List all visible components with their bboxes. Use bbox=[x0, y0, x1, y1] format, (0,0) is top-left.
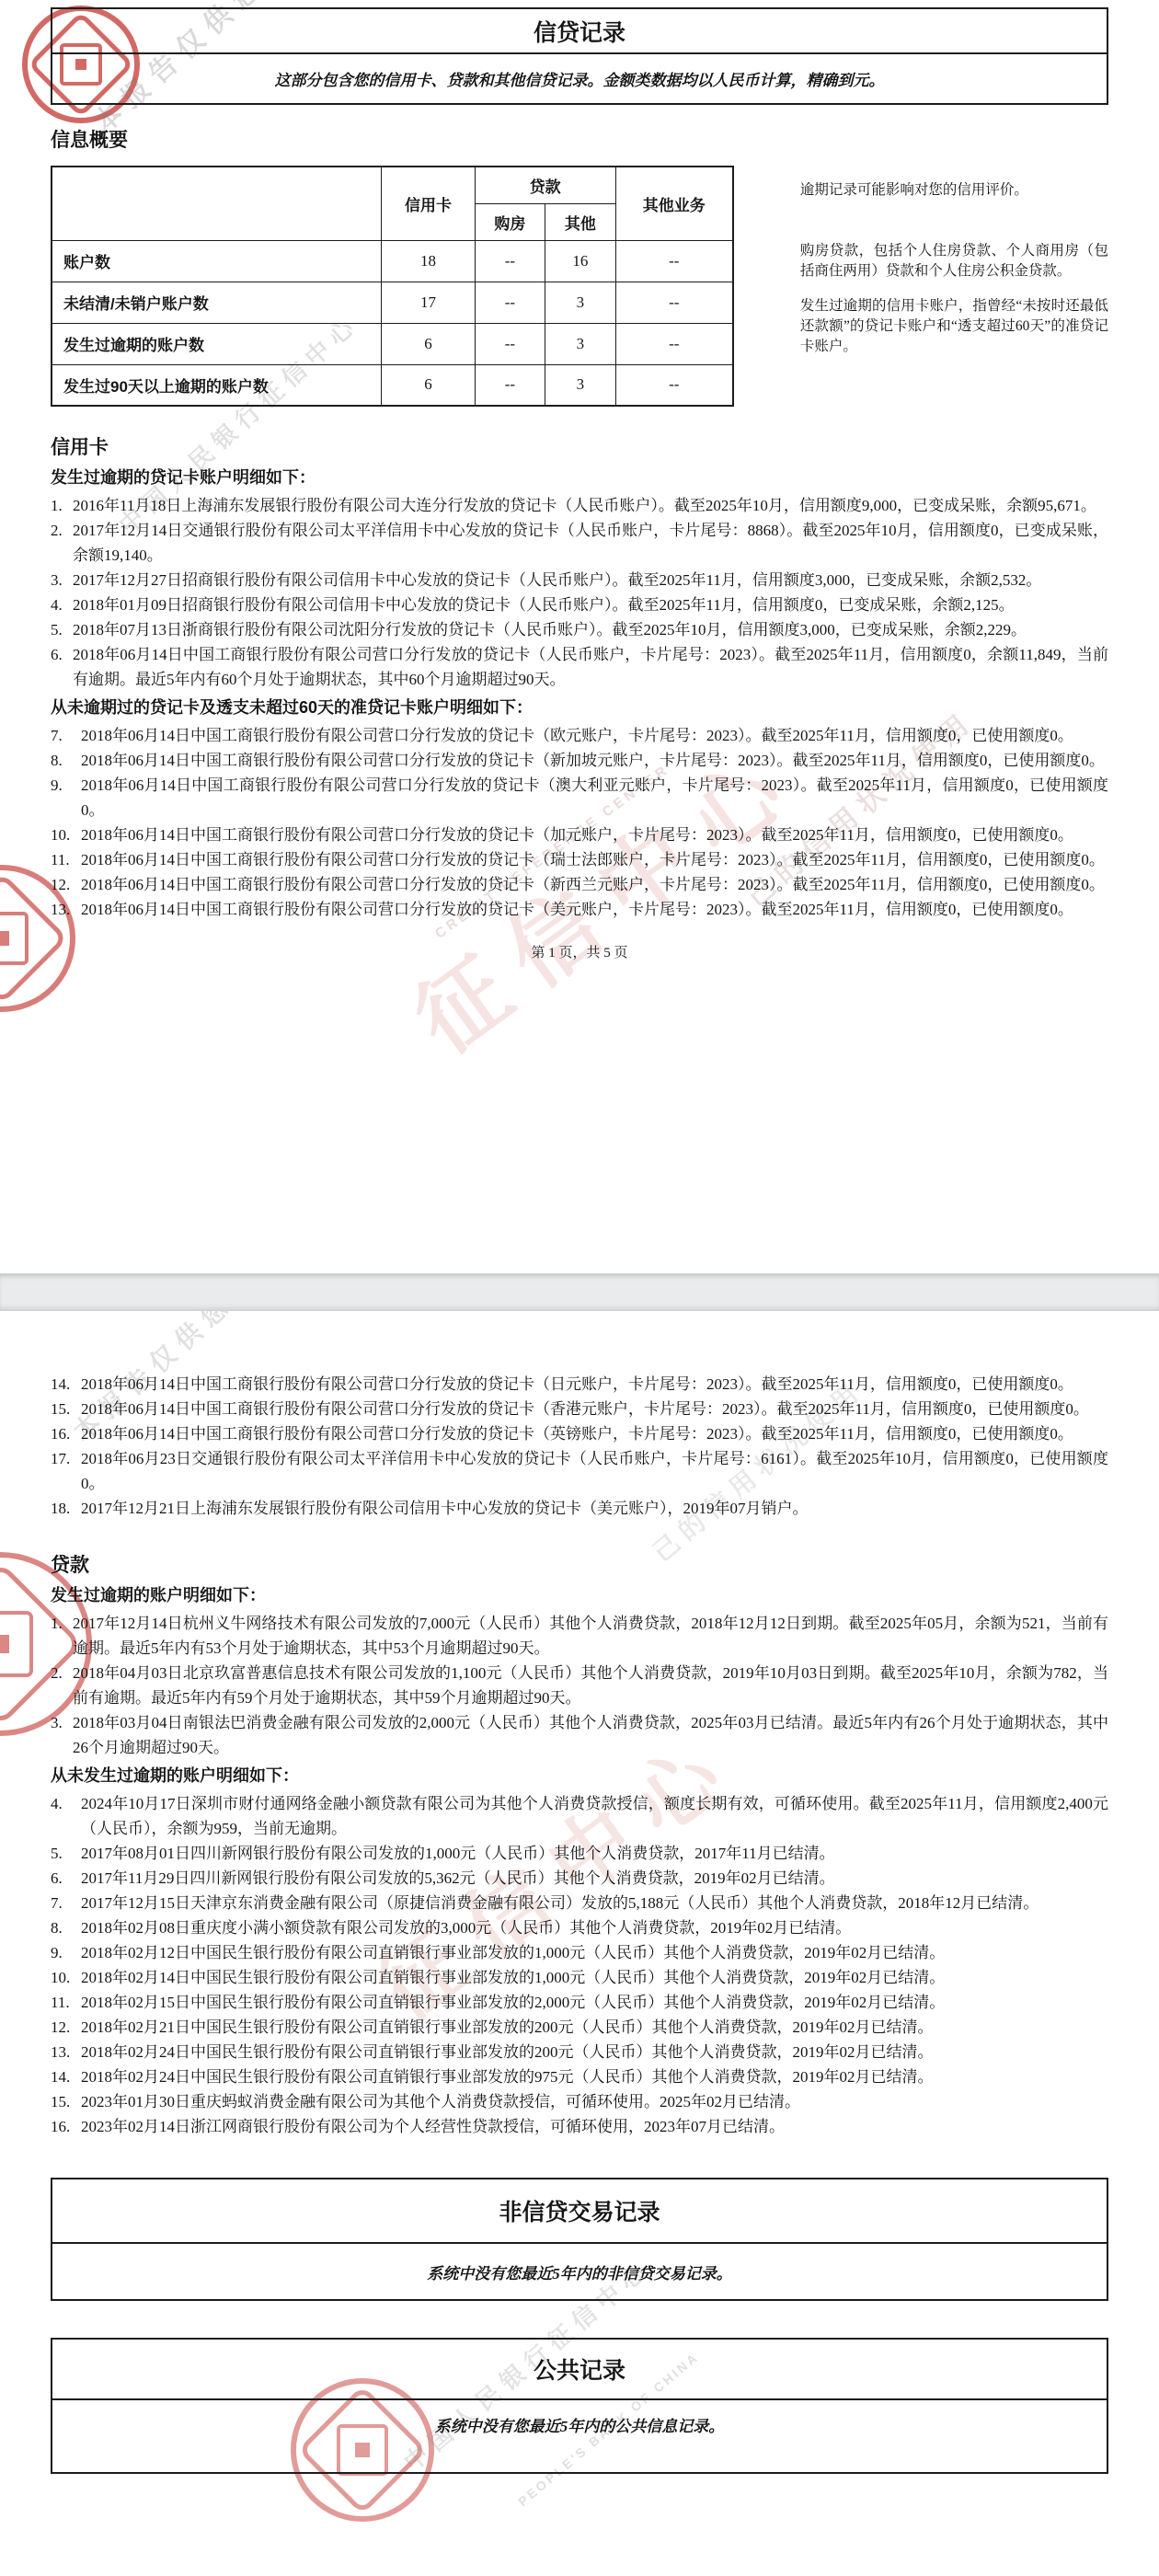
item-text: 2018年06月14日中国工商银行股份有限公司营口分行发放的贷记卡（香港元账户，… bbox=[81, 1397, 1108, 1421]
cell-value: -- bbox=[475, 323, 545, 364]
item-text: 2017年11月29日四川新网银行股份有限公司发放的5,362元（人民币）其他个… bbox=[81, 1866, 1108, 1891]
item-number: 3. bbox=[51, 1710, 73, 1760]
col-other-business: 其他业务 bbox=[615, 167, 733, 240]
list-item: 9.2018年06月14日中国工商银行股份有限公司营口分行发放的贷记卡（澳大利亚… bbox=[51, 773, 1108, 822]
list-item: 16.2018年06月14日中国工商银行股份有限公司营口分行发放的贷记卡（英镑账… bbox=[51, 1421, 1108, 1446]
list-item: 13.2018年06月14日中国工商银行股份有限公司营口分行发放的贷记卡（美元账… bbox=[51, 897, 1108, 922]
item-number: 9. bbox=[51, 773, 81, 822]
list-item: 9.2018年02月12日中国民生银行股份有限公司直销银行事业部发放的1,000… bbox=[51, 1940, 1108, 1965]
cell-value: -- bbox=[615, 323, 733, 364]
cell-value: 17 bbox=[382, 282, 475, 323]
item-number: 1. bbox=[51, 1611, 73, 1661]
public-records-body: 系统中没有您最近5年内的公共信息记录。 bbox=[52, 2398, 1107, 2472]
list-item: 15.2023年01月30日重庆蚂蚁消费金融有限公司为其他个人消费贷款授信，可循… bbox=[51, 2089, 1108, 2114]
item-text: 2018年06月14日中国工商银行股份有限公司营口分行发放的贷记卡（日元账户，卡… bbox=[81, 1372, 1108, 1397]
item-number: 13. bbox=[51, 2040, 81, 2064]
cell-value: 3 bbox=[545, 323, 616, 364]
section-public-records: 公共记录 系统中没有您最近5年内的公共信息记录。 bbox=[51, 2338, 1108, 2474]
report-page-1: 本报告仅供您了解自己的信用状况使用 中国人民银行征信中心 征信中心 CREDIT… bbox=[0, 0, 1159, 1273]
list-item: 6.2017年11月29日四川新网银行股份有限公司发放的5,362元（人民币）其… bbox=[51, 1866, 1108, 1891]
row-label: 未结清/未销户账户数 bbox=[52, 282, 382, 323]
item-text: 2018年06月14日中国工商银行股份有限公司营口分行发放的贷记卡（欧元账户，卡… bbox=[81, 723, 1108, 748]
list-item: 4.2018年01月09日招商银行股份有限公司信用卡中心发放的贷记卡（人民币账户… bbox=[51, 592, 1108, 617]
col-house-loan: 购房 bbox=[475, 203, 545, 240]
list-item: 2.2017年12月14日交通银行股份有限公司太平洋信用卡中心发放的贷记卡（人民… bbox=[51, 518, 1108, 568]
page-title: 信贷记录 bbox=[52, 9, 1107, 52]
item-text: 2018年06月14日中国工商银行股份有限公司营口分行发放的贷记卡（加元账户，卡… bbox=[81, 822, 1108, 847]
list-item: 10.2018年02月14日中国民生银行股份有限公司直销银行事业部发放的1,00… bbox=[51, 1965, 1108, 1990]
note-overdue-impact: 逾期记录可能影响对您的信用评价。 bbox=[800, 180, 1108, 201]
section-credit-record: 信贷记录 这部分包含您的信用卡、贷款和其他信贷记录。金额类数据均以人民币计算，精… bbox=[51, 7, 1108, 105]
summary-block: 信用卡 贷款 其他业务 购房 其他 账户数 18 -- 16 -- 未结清/未销… bbox=[51, 166, 1108, 407]
list-item: 7.2017年12月15日天津京东消费金融有限公司（原捷信消费金融有限公司）发放… bbox=[51, 1891, 1108, 1915]
list-item: 12.2018年02月21日中国民生银行股份有限公司直销银行事业部发放的200元… bbox=[51, 2015, 1108, 2040]
cc-overdue-subheading: 发生过逾期的贷记卡账户明细如下： bbox=[51, 464, 1108, 491]
item-number: 7. bbox=[51, 1891, 81, 1915]
item-text: 2018年02月08日重庆度小满小额贷款有限公司发放的3,000元（人民币）其他… bbox=[81, 1915, 1108, 1940]
list-item: 8.2018年02月08日重庆度小满小额贷款有限公司发放的3,000元（人民币）… bbox=[51, 1915, 1108, 1940]
page-footer: 第 1 页，共 5 页 bbox=[51, 942, 1108, 961]
list-item: 11.2018年02月15日中国民生银行股份有限公司直销银行事业部发放的2,00… bbox=[51, 1990, 1108, 2015]
row-label: 发生过逾期的账户数 bbox=[52, 323, 382, 364]
table-row: 未结清/未销户账户数 17 -- 3 -- bbox=[52, 282, 733, 323]
item-number: 8. bbox=[51, 1915, 81, 1940]
list-item: 7.2018年06月14日中国工商银行股份有限公司营口分行发放的贷记卡（欧元账户… bbox=[51, 723, 1108, 748]
item-text: 2018年06月14日中国工商银行股份有限公司营口分行发放的贷记卡（新西兰元账户… bbox=[81, 872, 1108, 897]
item-number: 4. bbox=[51, 592, 73, 617]
summary-heading: 信息概要 bbox=[51, 127, 1108, 155]
note-house-loan-def: 购房贷款，包括个人住房贷款、个人商用房（包括商住两用）贷款和个人住房公积金贷款。 bbox=[800, 241, 1108, 282]
col-credit-card: 信用卡 bbox=[382, 167, 475, 240]
item-text: 2018年02月12日中国民生银行股份有限公司直销银行事业部发放的1,000元（… bbox=[81, 1940, 1108, 1965]
cell-value: 6 bbox=[382, 323, 475, 364]
cell-value: 18 bbox=[382, 240, 475, 282]
cell-value: -- bbox=[475, 364, 545, 406]
list-item: 16.2023年02月14日浙江网商银行股份有限公司为个人经营性贷款授信，可循环… bbox=[51, 2114, 1108, 2139]
item-number: 14. bbox=[51, 1372, 81, 1397]
row-label: 发生过90天以上逾期的账户数 bbox=[52, 364, 382, 406]
cell-value: -- bbox=[475, 282, 545, 323]
section-non-credit-records: 非信贷交易记录 系统中没有您最近5年内的非信贷交易记录。 bbox=[51, 2178, 1108, 2301]
cc-clean-subheading: 从未逾期过的贷记卡及透支未超过60天的准贷记卡账户明细如下： bbox=[51, 694, 1108, 721]
item-number: 11. bbox=[51, 1990, 81, 2015]
item-number: 5. bbox=[51, 1841, 81, 1866]
credit-card-heading: 信用卡 bbox=[51, 434, 1108, 462]
cell-value: -- bbox=[475, 240, 545, 282]
list-item: 13.2018年02月24日中国民生银行股份有限公司直销银行事业部发放的200元… bbox=[51, 2040, 1108, 2064]
loan-overdue-subheading: 发生过逾期的账户明细如下： bbox=[51, 1581, 1108, 1609]
list-item: 12.2018年06月14日中国工商银行股份有限公司营口分行发放的贷记卡（新西兰… bbox=[51, 872, 1108, 897]
list-item: 14.2018年06月14日中国工商银行股份有限公司营口分行发放的贷记卡（日元账… bbox=[51, 1372, 1108, 1397]
item-text: 2018年02月15日中国民生银行股份有限公司直销银行事业部发放的2,000元（… bbox=[81, 1990, 1108, 2015]
list-item: 5.2018年07月13日浙商银行股份有限公司沈阳分行发放的贷记卡（人民币账户）… bbox=[51, 617, 1108, 642]
summary-corner-cell bbox=[52, 167, 382, 240]
list-item: 1.2017年12月14日杭州义牛网络技术有限公司发放的7,000元（人民币）其… bbox=[51, 1611, 1108, 1661]
item-number: 2. bbox=[51, 518, 73, 568]
col-loan-group: 贷款 bbox=[475, 167, 615, 203]
cell-value: 3 bbox=[545, 364, 616, 406]
list-item: 3.2018年03月04日南银法巴消费金融有限公司发放的2,000元（人民币）其… bbox=[51, 1710, 1108, 1760]
table-row: 账户数 18 -- 16 -- bbox=[52, 240, 733, 282]
report-page-2: 本报告仅供您了解自己的信用状况使用 征信中心 中国人民银行征信中心 PEOPLE… bbox=[0, 1311, 1159, 2576]
list-item: 15.2018年06月14日中国工商银行股份有限公司营口分行发放的贷记卡（香港元… bbox=[51, 1397, 1108, 1421]
item-text: 2023年02月14日浙江网商银行股份有限公司为个人经营性贷款授信，可循环使用，… bbox=[81, 2114, 1108, 2139]
cell-value: -- bbox=[615, 282, 733, 323]
page-separator bbox=[0, 1273, 1159, 1311]
cell-value: 3 bbox=[545, 282, 616, 323]
item-text: 2024年10月17日深圳市财付通网络金融小额贷款有限公司为其他个人消费贷款授信… bbox=[81, 1791, 1108, 1841]
item-number: 2. bbox=[51, 1661, 73, 1710]
item-text: 2018年01月09日招商银行股份有限公司信用卡中心发放的贷记卡（人民币账户）。… bbox=[73, 592, 1108, 617]
item-number: 14. bbox=[51, 2064, 81, 2089]
item-number: 15. bbox=[51, 2089, 81, 2114]
col-other-loan: 其他 bbox=[545, 203, 616, 240]
list-item: 4.2024年10月17日深圳市财付通网络金融小额贷款有限公司为其他个人消费贷款… bbox=[51, 1791, 1108, 1841]
item-text: 2016年11月18日上海浦东发展银行股份有限公司大连分行发放的贷记卡（人民币账… bbox=[73, 493, 1108, 518]
item-text: 2018年03月04日南银法巴消费金融有限公司发放的2,000元（人民币）其他个… bbox=[73, 1710, 1108, 1760]
cell-value: 16 bbox=[545, 240, 616, 282]
item-number: 4. bbox=[51, 1791, 81, 1841]
list-item: 18.2017年12月21日上海浦东发展银行股份有限公司信用卡中心发放的贷记卡（… bbox=[51, 1496, 1108, 1521]
table-row: 发生过逾期的账户数 6 -- 3 -- bbox=[52, 323, 733, 364]
credit-report-document: { "header": { "title": "信贷记录", "subtitle… bbox=[0, 0, 1159, 2576]
public-records-title: 公共记录 bbox=[52, 2340, 1107, 2398]
summary-table: 信用卡 贷款 其他业务 购房 其他 账户数 18 -- 16 -- 未结清/未销… bbox=[51, 166, 734, 407]
non-credit-title: 非信贷交易记录 bbox=[52, 2179, 1107, 2242]
item-text: 2018年02月14日中国民生银行股份有限公司直销银行事业部发放的1,000元（… bbox=[81, 1965, 1108, 1990]
item-number: 7. bbox=[51, 723, 81, 748]
non-credit-body: 系统中没有您最近5年内的非信贷交易记录。 bbox=[52, 2242, 1107, 2299]
item-text: 2018年06月14日中国工商银行股份有限公司营口分行发放的贷记卡（澳大利亚元账… bbox=[81, 773, 1108, 822]
item-text: 2017年12月27日招商银行股份有限公司信用卡中心发放的贷记卡（人民币账户）。… bbox=[73, 568, 1108, 592]
item-text: 2018年06月14日中国工商银行股份有限公司营口分行发放的贷记卡（瑞士法郎账户… bbox=[81, 847, 1108, 872]
item-number: 9. bbox=[51, 1940, 81, 1965]
item-text: 2017年12月15日天津京东消费金融有限公司（原捷信消费金融有限公司）发放的5… bbox=[81, 1891, 1108, 1915]
item-number: 17. bbox=[51, 1446, 81, 1496]
list-item: 10.2018年06月14日中国工商银行股份有限公司营口分行发放的贷记卡（加元账… bbox=[51, 822, 1108, 847]
item-number: 18. bbox=[51, 1496, 81, 1521]
item-text: 2018年02月24日中国民生银行股份有限公司直销银行事业部发放的975元（人民… bbox=[81, 2064, 1108, 2089]
item-number: 16. bbox=[51, 2114, 81, 2139]
item-text: 2018年04月03日北京玖富普惠信息技术有限公司发放的1,100元（人民币）其… bbox=[73, 1661, 1108, 1710]
list-item: 5.2017年08月01日四川新网银行股份有限公司发放的1,000元（人民币）其… bbox=[51, 1841, 1108, 1866]
item-text: 2018年06月14日中国工商银行股份有限公司营口分行发放的贷记卡（美元账户，卡… bbox=[81, 897, 1108, 922]
item-text: 2017年12月14日杭州义牛网络技术有限公司发放的7,000元（人民币）其他个… bbox=[73, 1611, 1108, 1661]
item-number: 3. bbox=[51, 568, 73, 592]
item-number: 10. bbox=[51, 1965, 81, 1990]
item-text: 2017年12月14日交通银行股份有限公司太平洋信用卡中心发放的贷记卡（人民币账… bbox=[73, 518, 1108, 568]
list-item: 8.2018年06月14日中国工商银行股份有限公司营口分行发放的贷记卡（新加坡元… bbox=[51, 748, 1108, 773]
section-subtitle: 这部分包含您的信用卡、贷款和其他信贷记录。金额类数据均以人民币计算，精确到元。 bbox=[52, 52, 1107, 103]
item-number: 12. bbox=[51, 872, 81, 897]
list-item: 2.2018年04月03日北京玖富普惠信息技术有限公司发放的1,100元（人民币… bbox=[51, 1661, 1108, 1710]
item-number: 11. bbox=[51, 847, 81, 872]
item-text: 2023年01月30日重庆蚂蚁消费金融有限公司为其他个人消费贷款授信，可循环使用… bbox=[81, 2089, 1108, 2114]
list-item: 17.2018年06月23日交通银行股份有限公司太平洋信用卡中心发放的贷记卡（人… bbox=[51, 1446, 1108, 1496]
item-number: 5. bbox=[51, 617, 73, 642]
list-item: 1.2016年11月18日上海浦东发展银行股份有限公司大连分行发放的贷记卡（人民… bbox=[51, 493, 1108, 518]
list-item: 3.2017年12月27日招商银行股份有限公司信用卡中心发放的贷记卡（人民币账户… bbox=[51, 568, 1108, 592]
item-text: 2018年06月14日中国工商银行股份有限公司营口分行发放的贷记卡（英镑账户，卡… bbox=[81, 1421, 1108, 1446]
item-number: 10. bbox=[51, 822, 81, 847]
cell-value: -- bbox=[615, 364, 733, 406]
item-text: 2018年02月21日中国民生银行股份有限公司直销银行事业部发放的200元（人民… bbox=[81, 2015, 1108, 2040]
item-number: 12. bbox=[51, 2015, 81, 2040]
item-number: 16. bbox=[51, 1421, 81, 1446]
list-item: 11.2018年06月14日中国工商银行股份有限公司营口分行发放的贷记卡（瑞士法… bbox=[51, 847, 1108, 872]
item-number: 1. bbox=[51, 493, 73, 518]
item-text: 2018年07月13日浙商银行股份有限公司沈阳分行发放的贷记卡（人民币账户）。截… bbox=[73, 617, 1108, 642]
item-number: 13. bbox=[51, 897, 81, 922]
item-number: 6. bbox=[51, 1866, 81, 1891]
table-row: 发生过90天以上逾期的账户数 6 -- 3 -- bbox=[52, 364, 733, 406]
summary-notes: 逾期记录可能影响对您的信用评价。 购房贷款，包括个人住房贷款、个人商用房（包括商… bbox=[800, 166, 1108, 357]
item-text: 2018年06月23日交通银行股份有限公司太平洋信用卡中心发放的贷记卡（人民币账… bbox=[81, 1446, 1108, 1496]
row-label: 账户数 bbox=[52, 240, 382, 282]
item-number: 6. bbox=[51, 642, 73, 692]
list-item: 14.2018年02月24日中国民生银行股份有限公司直销银行事业部发放的975元… bbox=[51, 2064, 1108, 2089]
cell-value: -- bbox=[615, 240, 733, 282]
loan-clean-subheading: 从未发生过逾期的账户明细如下： bbox=[51, 1762, 1108, 1789]
item-text: 2018年06月14日中国工商银行股份有限公司营口分行发放的贷记卡（人民币账户，… bbox=[73, 642, 1108, 692]
loan-heading: 贷款 bbox=[51, 1552, 1108, 1580]
cell-value: 6 bbox=[382, 364, 475, 406]
note-overdue-card-def: 发生过逾期的信用卡账户，指曾经“未按时还最低还款额”的贷记卡账户和“透支超过60… bbox=[800, 296, 1108, 357]
list-item: 6.2018年06月14日中国工商银行股份有限公司营口分行发放的贷记卡（人民币账… bbox=[51, 642, 1108, 692]
item-text: 2018年06月14日中国工商银行股份有限公司营口分行发放的贷记卡（新加坡元账户… bbox=[81, 748, 1108, 773]
item-number: 8. bbox=[51, 748, 81, 773]
item-text: 2018年02月24日中国民生银行股份有限公司直销银行事业部发放的200元（人民… bbox=[81, 2040, 1108, 2064]
item-text: 2017年08月01日四川新网银行股份有限公司发放的1,000元（人民币）其他个… bbox=[81, 1841, 1108, 1866]
item-number: 15. bbox=[51, 1397, 81, 1421]
item-text: 2017年12月21日上海浦东发展银行股份有限公司信用卡中心发放的贷记卡（美元账… bbox=[81, 1496, 1108, 1521]
